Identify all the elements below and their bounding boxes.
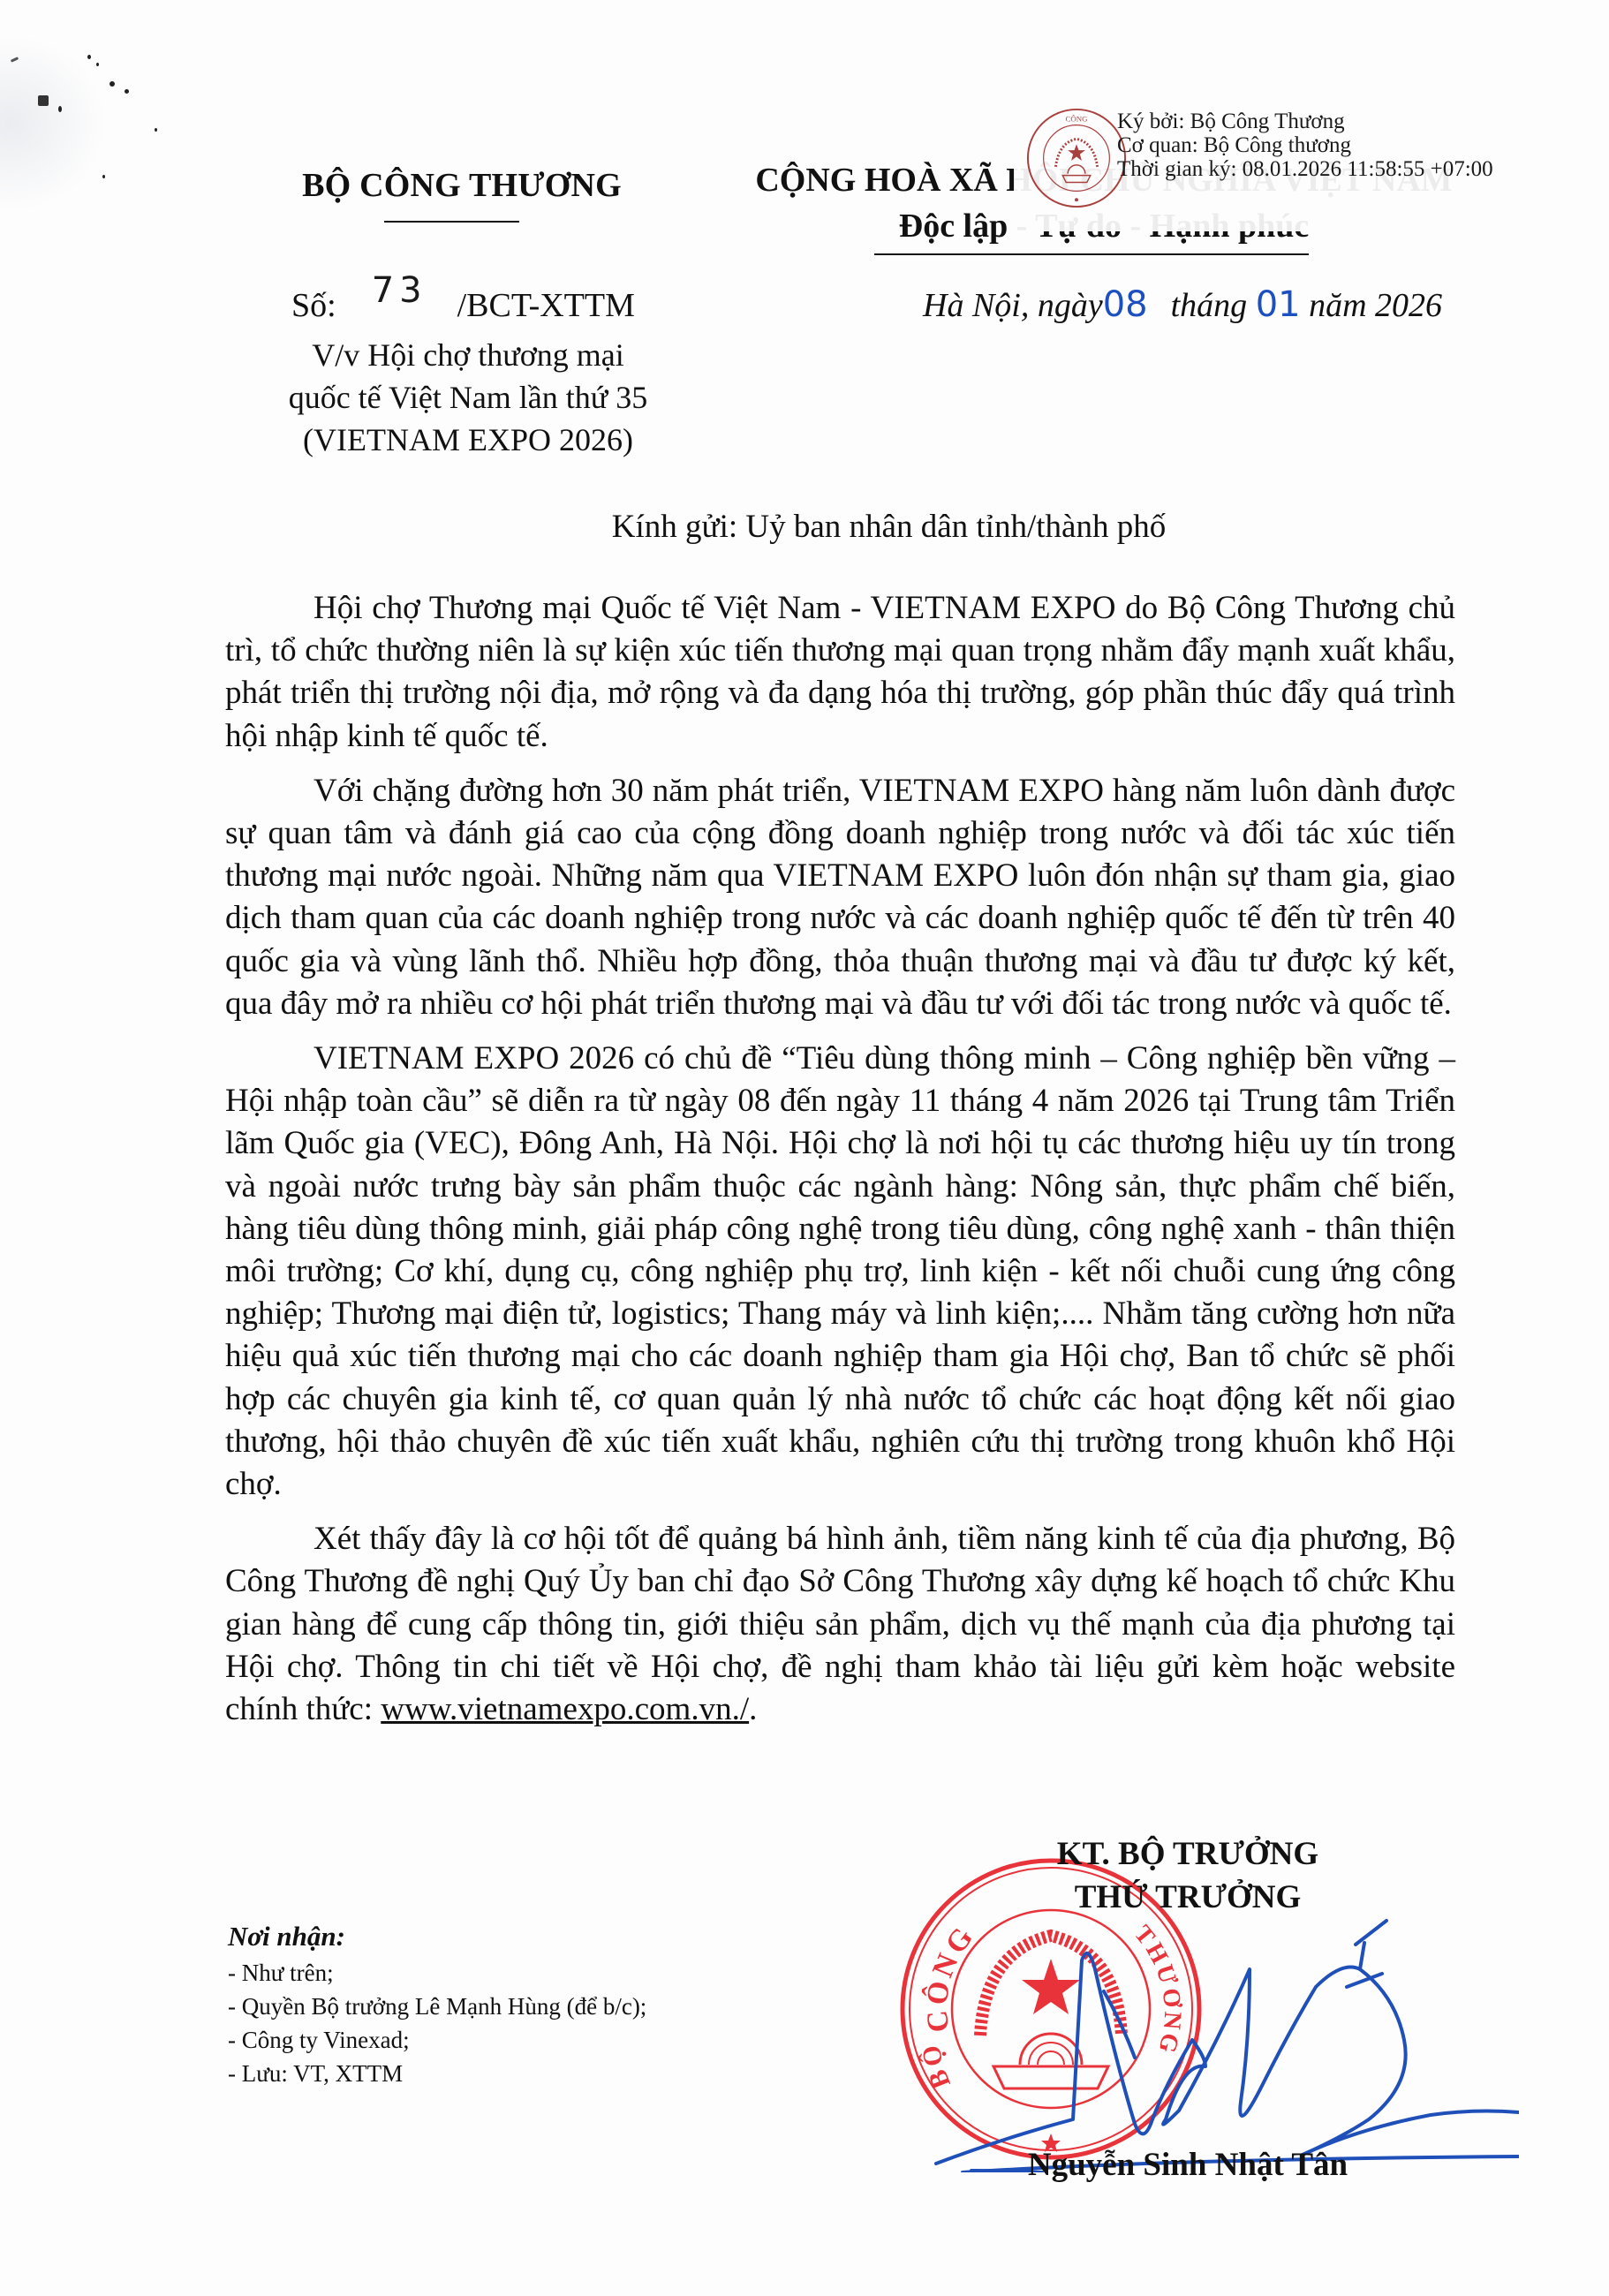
scan-speck [125, 89, 129, 94]
subject-line: V/v Hội chợ thương mại [265, 334, 671, 376]
scan-speck [38, 95, 49, 106]
date-month-label: tháng [1171, 287, 1248, 324]
body-paragraph-end: . [749, 1691, 757, 1727]
recipients-title: Nơi nhận: [228, 1921, 646, 1952]
signing-time: Thời gian ký: 08.01.2026 11:58:55 +07:00 [1117, 157, 1493, 181]
body-paragraph: Hội chợ Thương mại Quốc tế Việt Nam - VI… [225, 587, 1455, 758]
recipient-item: - Như trên; [228, 1956, 646, 1990]
date-month: 01 [1256, 284, 1301, 325]
body-paragraph: Với chặng đường hơn 30 năm phát triển, V… [225, 770, 1455, 1025]
body-paragraph: Xét thấy đây là cơ hội tốt để quảng bá h… [225, 1518, 1455, 1731]
recipients-list: Nơi nhận: - Như trên; - Quyền Bộ trưởng … [228, 1921, 646, 2090]
scan-speck [87, 55, 91, 59]
website-link[interactable]: www.vietnamexpo.com.vn./ [381, 1691, 749, 1727]
svg-text:CÔNG: CÔNG [1065, 115, 1088, 124]
date-year: năm 2026 [1309, 287, 1442, 324]
subject-line: quốc tế Việt Nam lần thứ 35 [265, 376, 671, 419]
signed-by: Ký bởi: Bộ Công Thương [1117, 110, 1493, 133]
letter-body: Hội chợ Thương mại Quốc tế Việt Nam - VI… [225, 587, 1455, 1743]
date-place: Hà Nội, ngày [923, 287, 1103, 324]
document-number-suffix: /BCT-XTTM [457, 287, 635, 324]
issue-date: Hà Nội, ngày08tháng 01 năm 2026 [923, 284, 1442, 325]
recipient-item: - Quyền Bộ trưởng Lê Mạnh Hùng (để b/c); [228, 1990, 646, 2023]
document-number-value: 73 [372, 270, 427, 311]
digital-signature-info: Ký bởi: Bộ Công Thương Cơ quan: Bộ Công … [1117, 110, 1493, 181]
document-subject: V/v Hội chợ thương mại quốc tế Việt Nam … [265, 334, 671, 461]
digital-seal-icon: CÔNG [1024, 106, 1129, 210]
handwritten-signature-icon [901, 1907, 1519, 2172]
salutation: Kính gửi: Uỷ ban nhân dân tỉnh/thành phố [225, 508, 1455, 546]
document-number: Số:73/BCT-XTTM [291, 284, 635, 325]
organization-name: BỘ CÔNG THƯƠNG [221, 166, 703, 205]
subject-line: (VIETNAM EXPO 2026) [265, 419, 671, 461]
scan-speck [155, 128, 157, 132]
scan-speck [58, 106, 62, 112]
motto-underline [874, 253, 1309, 255]
signature-title: KT. BỘ TRƯỞNG [963, 1835, 1413, 1873]
scan-speck [110, 81, 115, 87]
recipient-item: - Lưu: VT, XTTM [228, 2057, 646, 2090]
scan-speck [102, 175, 105, 178]
date-day: 08 [1103, 284, 1148, 325]
body-paragraph: VIETNAM EXPO 2026 có chủ đề “Tiêu dùng t… [225, 1038, 1455, 1506]
scan-speck [96, 63, 99, 66]
signer-name: Nguyễn Sinh Nhật Tân [963, 2146, 1413, 2184]
signing-agency: Cơ quan: Bộ Công thương [1117, 133, 1493, 157]
document-number-prefix: Số: [291, 287, 336, 324]
recipient-item: - Công ty Vinexad; [228, 2023, 646, 2057]
scan-shadow [0, 35, 106, 212]
organization-underline [384, 221, 519, 223]
